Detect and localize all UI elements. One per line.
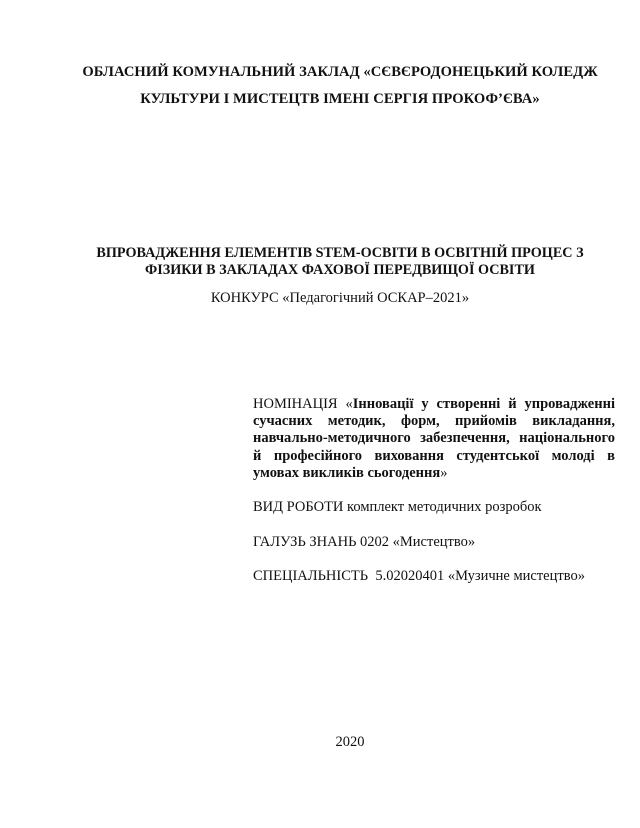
- title-line-1: ВПРОВАДЖЕННЯ ЕЛЕМЕНТІВ STEM-ОСВІТИ В ОСВ…: [60, 245, 620, 262]
- knowledge-field: ГАЛУЗЬ ЗНАНЬ 0202 «Мистецтво»: [253, 534, 475, 551]
- title-line-2: ФІЗИКИ В ЗАКЛАДАХ ФАХОВОЇ ПЕРЕДВИЩОЇ ОСВ…: [60, 262, 620, 279]
- institution-header: ОБЛАСНИЙ КОМУНАЛЬНИЙ ЗАКЛАД «СЄВЄРОДОНЕЦ…: [60, 59, 620, 113]
- institution-line-1: ОБЛАСНИЙ КОМУНАЛЬНИЙ ЗАКЛАД «СЄВЄРОДОНЕЦ…: [60, 59, 620, 86]
- year: 2020: [0, 734, 640, 751]
- knowledge-field-label: ГАЛУЗЬ ЗНАНЬ: [253, 534, 356, 550]
- work-type: ВИД РОБОТИ комплект методичних розробок: [253, 499, 542, 516]
- specialty-label: СПЕЦІАЛЬНІСТЬ: [253, 568, 368, 584]
- nomination: НОМІНАЦІЯ «Інновації у створенні й упров…: [253, 396, 615, 482]
- institution-line-2: КУЛЬТУРИ І МИСТЕЦТВ ІМЕНІ СЕРГІЯ ПРОКОФ’…: [60, 86, 620, 113]
- contest-name: КОНКУРС «Педагогічний ОСКАР–2021»: [60, 290, 620, 307]
- document-page: ОБЛАСНИЙ КОМУНАЛЬНИЙ ЗАКЛАД «СЄВЄРОДОНЕЦ…: [0, 0, 640, 828]
- specialty: СПЕЦІАЛЬНІСТЬ 5.02020401 «Музичне мистец…: [253, 568, 585, 585]
- specialty-value: 5.02020401 «Музичне мистецтво»: [372, 568, 585, 584]
- nomination-closing: »: [440, 465, 447, 481]
- work-type-value: комплект методичних розробок: [347, 499, 542, 515]
- document-title: ВПРОВАДЖЕННЯ ЕЛЕМЕНТІВ STEM-ОСВІТИ В ОСВ…: [60, 245, 620, 279]
- knowledge-field-value: 0202 «Мистецтво»: [360, 534, 475, 550]
- nomination-label: НОМІНАЦІЯ «: [253, 396, 353, 412]
- work-type-label: ВИД РОБОТИ: [253, 499, 343, 515]
- work-details: НОМІНАЦІЯ «Інновації у створенні й упров…: [253, 396, 615, 482]
